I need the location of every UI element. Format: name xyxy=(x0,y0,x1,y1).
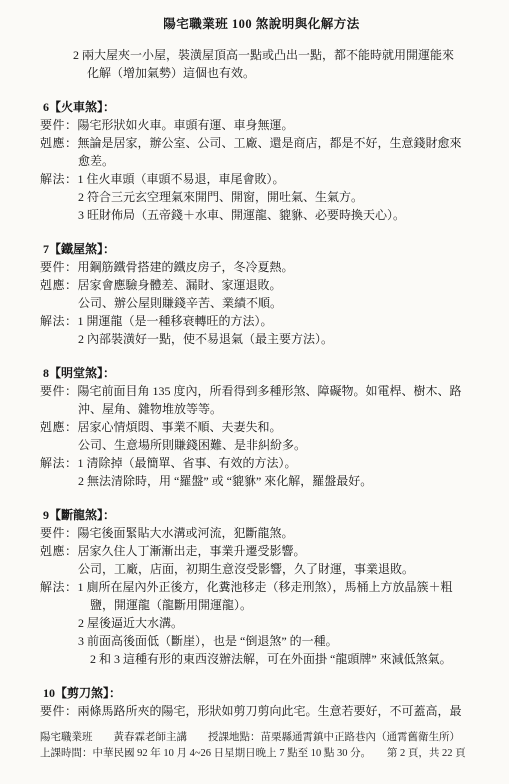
text-line: 愈差。 xyxy=(40,152,483,170)
document-page: 陽宅職業班 100 煞說明與化解方法 2 兩大屋夾一小屋，裝潢屋頂高一點或凸出一… xyxy=(0,0,509,784)
line-text: 陽宅形狀如火車。車頭有運、車身無運。 xyxy=(78,118,294,132)
text-line: 剋應：無論是居家，辦公室、公司、工廠、還是商店，都是不好，生意錢財愈來 xyxy=(40,134,483,152)
text-line: 化解（增加氣勢）這個也有效。 xyxy=(40,64,483,82)
line-label: 要件： xyxy=(40,704,78,718)
line-text: 居家久住人丁漸漸出走，事業升遷受影響。 xyxy=(78,544,306,558)
text-line: 要件：陽宅後面緊貼大水溝或河流，犯斷龍煞。 xyxy=(40,524,483,542)
line-text: 1 廁所在屋內外正後方，化糞池移走（移走刑煞），馬桶上方放晶簇＋粗 xyxy=(78,580,453,594)
text-line: 2 和 3 這種有形的東西沒辦法解，可在外面掛 “龍頭牌” 來減低煞氣。 xyxy=(40,650,483,668)
text-line: 2 兩大屋夾一小屋，裝潢屋頂高一點或凸出一點，都不能時就用開運能來 xyxy=(40,46,483,64)
text-line: 剋應：居家久住人丁漸漸出走，事業升遷受影響。 xyxy=(40,542,483,560)
line-text: 用鋼筋鐵骨搭建的鐵皮房子，冬冷夏熱。 xyxy=(78,260,294,274)
line-text: 陽宅後面緊貼大水溝或河流，犯斷龍煞。 xyxy=(78,526,294,540)
section-gap xyxy=(40,348,483,364)
text-line: 2 屋後逼近大水溝。 xyxy=(40,614,483,632)
text-line: 要件：陽宅形狀如火車。車頭有運、車身無運。 xyxy=(40,116,483,134)
line-text: 居家會應驗身體差、漏財、家運退敗。 xyxy=(78,278,282,292)
text-line: 3 旺財佈局（五帝錢＋水車、開運龍、貔貅、必要時換天心）。 xyxy=(40,206,483,224)
footer-schedule-pagenum: 上課時間：中華民國 92 年 10 月 4~26 日星期日晚上 7 點至 10 … xyxy=(40,746,489,762)
line-text: 1 清除掉（最簡單、省事、有效的方法）。 xyxy=(78,456,297,470)
line-label: 剋應： xyxy=(40,544,78,558)
text-line: 2 符合三元玄空理氣來開門、開窗，開吐氣、生氣方。 xyxy=(40,188,483,206)
page-footer: 陽宅職業班 黃春霖老師主講 授課地點：苗栗縣通霄鎮中正路巷內（通霄舊衛生所） 上… xyxy=(40,730,489,762)
line-label: 要件： xyxy=(40,260,78,274)
text-line: 公司，工廠，店面，初期生意沒受影響，久了財運，事業退敗。 xyxy=(40,560,483,578)
line-text: 兩條馬路所夾的陽宅，形狀如剪刀剪向此宅。生意若要好，不可蓋高，最 xyxy=(78,704,462,718)
text-line: 2 無法清除時，用 “羅盤” 或 “貔貅” 來化解，羅盤最好。 xyxy=(40,472,483,490)
line-text: 陽宅前面目角 135 度內，所看得到多種形煞、障礙物。如電桿、樹木、路 xyxy=(78,384,462,398)
line-label: 解法： xyxy=(40,314,78,328)
line-label: 剋應： xyxy=(40,278,78,292)
line-label: 解法： xyxy=(40,456,78,470)
text-line: 鹽，開運龍（龍斷用開運龍）。 xyxy=(40,596,483,614)
section-gap xyxy=(40,490,483,506)
section-heading: 6【火車煞】： xyxy=(40,98,483,116)
page-title: 陽宅職業班 100 煞說明與化解方法 xyxy=(40,14,483,32)
text-line: 解法：1 開運龍（是一種移衰轉旺的方法）。 xyxy=(40,312,483,330)
text-line: 剋應：居家會應驗身體差、漏財、家運退敗。 xyxy=(40,276,483,294)
section-gap xyxy=(40,668,483,684)
text-line: 剋應：居家心情煩悶、事業不順、夫妻失和。 xyxy=(40,418,483,436)
text-line: 解法：1 廁所在屋內外正後方，化糞池移走（移走刑煞），馬桶上方放晶簇＋粗 xyxy=(40,578,483,596)
section-heading: 7【鐵屋煞】： xyxy=(40,240,483,258)
document-body: 2 兩大屋夾一小屋，裝潢屋頂高一點或凸出一點，都不能時就用開運能來化解（增加氣勢… xyxy=(40,46,483,720)
line-text: 無論是居家，辦公室、公司、工廠、還是商店，都是不好，生意錢財愈來 xyxy=(78,136,462,150)
text-line: 2 內部裝潢好一點，使不易退氣（最主要方法）。 xyxy=(40,330,483,348)
text-line: 3 前面高後面低（斷崖），也是 “倒退煞” 的一種。 xyxy=(40,632,483,650)
line-text: 1 住火車頭（車頭不易退，車尾會敗）。 xyxy=(78,172,285,186)
section-heading: 9【斷龍煞】： xyxy=(40,506,483,524)
line-label: 要件： xyxy=(40,526,78,540)
line-label: 剋應： xyxy=(40,136,78,150)
line-label: 要件： xyxy=(40,118,78,132)
text-line: 公司、生意場所則賺錢困難、是非糾紛多。 xyxy=(40,436,483,454)
footer-course-info: 陽宅職業班 黃春霖老師主講 授課地點：苗栗縣通霄鎮中正路巷內（通霄舊衛生所） xyxy=(40,730,489,746)
line-text: 1 開運龍（是一種移衰轉旺的方法）。 xyxy=(78,314,273,328)
line-label: 剋應： xyxy=(40,420,78,434)
section-heading: 8【明堂煞】： xyxy=(40,364,483,382)
text-line: 解法：1 住火車頭（車頭不易退，車尾會敗）。 xyxy=(40,170,483,188)
text-line: 要件：兩條馬路所夾的陽宅，形狀如剪刀剪向此宅。生意若要好，不可蓋高，最 xyxy=(40,702,483,720)
text-line: 沖、屋角、雜物堆放等等。 xyxy=(40,400,483,418)
text-line: 公司、辦公屋則賺錢辛苦、業績不順。 xyxy=(40,294,483,312)
section-gap xyxy=(40,82,483,98)
line-text: 居家心情煩悶、事業不順、夫妻失和。 xyxy=(78,420,282,434)
text-line: 要件：陽宅前面目角 135 度內，所看得到多種形煞、障礙物。如電桿、樹木、路 xyxy=(40,382,483,400)
line-label: 解法： xyxy=(40,580,78,594)
line-label: 解法： xyxy=(40,172,78,186)
text-line: 要件：用鋼筋鐵骨搭建的鐵皮房子，冬冷夏熱。 xyxy=(40,258,483,276)
section-gap xyxy=(40,224,483,240)
section-heading: 10【剪刀煞】： xyxy=(40,684,483,702)
text-line: 解法：1 清除掉（最簡單、省事、有效的方法）。 xyxy=(40,454,483,472)
line-label: 要件： xyxy=(40,384,78,398)
